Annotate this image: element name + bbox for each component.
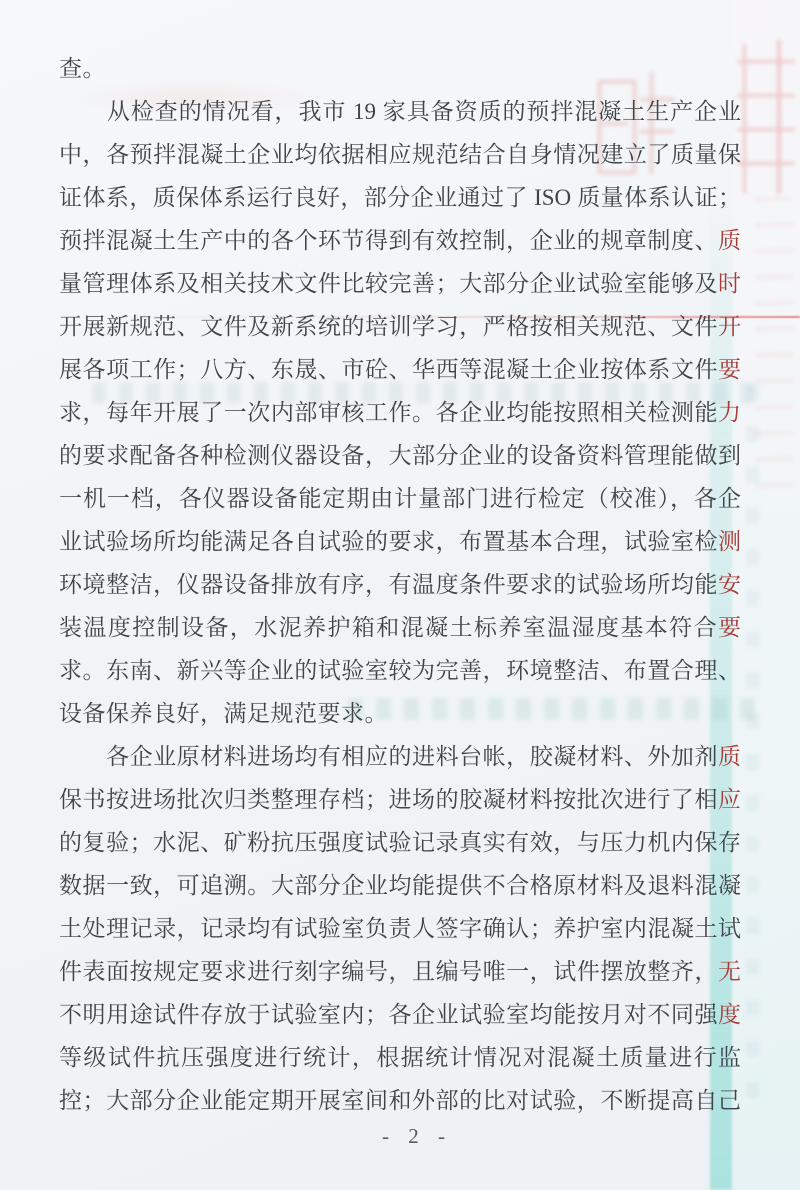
- text-line: 求。东南、新兴等企业的试验室较为完善，环境整洁、布置合理、: [59, 649, 741, 692]
- line-text-red-fringe: 力: [718, 400, 741, 425]
- line-text: 等级试件抗压强度进行统计，根据统计情况对混凝土质量进行监: [59, 1045, 741, 1070]
- line-text: 各企业原材料进场均有相应的进料台帐，胶凝材料、外加剂: [59, 744, 718, 769]
- text-line: 查。: [59, 47, 741, 90]
- line-text: 的复验；水泥、矿粉抗压强度试验记录真实有效，与压力机内保存: [59, 830, 741, 855]
- line-text-red-fringe: 时: [718, 271, 741, 296]
- text-line: 数据一致，可追溯。大部分企业均能提供不合格原材料及退料混凝: [59, 864, 741, 907]
- page-number: - 2 -: [17, 1124, 800, 1149]
- line-text-red-fringe: 测: [718, 529, 741, 554]
- line-text: 开展新规范、文件及新系统的培训学习，严格按相关规范、文件: [59, 314, 718, 339]
- line-text: 预拌混凝土生产中的各个环节得到有效控制，企业的规章制度、: [59, 228, 718, 253]
- line-text: 数据一致，可追溯。大部分企业均能提供不合格原材料及退料混凝: [59, 873, 741, 898]
- text-line: 展各项工作；八方、东晟、市砼、华西等混凝土企业按体系文件要: [59, 348, 741, 391]
- text-line: 证体系，质保体系运行良好，部分企业通过了 ISO 质量体系认证；: [59, 176, 741, 219]
- line-text-red-fringe: 开: [718, 314, 741, 339]
- text-line: 量管理体系及相关技术文件比较完善；大部分企业试验室能够及时: [59, 262, 741, 305]
- text-line: 求，每年开展了一次内部审核工作。各企业均能按照相关检测能力: [59, 391, 741, 434]
- red-stroke-bleed-column: [755, 198, 793, 498]
- text-line: 预拌混凝土生产中的各个环节得到有效控制，企业的规章制度、质: [59, 219, 741, 262]
- line-text-red-fringe: 无: [718, 959, 741, 984]
- line-text: 证体系，质保体系运行良好，部分企业通过了 ISO 质量体系认证；: [59, 185, 741, 210]
- line-text: 求，每年开展了一次内部审核工作。各企业均能按照相关检测能: [59, 400, 718, 425]
- line-text: 中，各预拌混凝土企业均依据相应规范结合自身情况建立了质量保: [59, 142, 741, 167]
- text-line: 土处理记录，记录均有试验室负责人签字确认；养护室内混凝土试: [59, 907, 741, 950]
- line-text: 保书按进场批次归类整理存档；进场的胶凝材料按批次进行了相: [59, 787, 718, 812]
- text-line: 保书按进场批次归类整理存档；进场的胶凝材料按批次进行了相应: [59, 778, 741, 821]
- line-text: 一机一档，各仪器设备能定期由计量部门进行检定（校准），各企: [59, 486, 741, 511]
- line-text-red-fringe: 要: [718, 615, 741, 640]
- line-text-red-fringe: 安: [718, 572, 741, 597]
- line-text: 从检查的情况看，我市 19 家具备资质的预拌混凝土生产企业: [59, 99, 741, 124]
- line-text: 的要求配备各种检测仪器设备，大部分企业的设备资料管理能做到: [59, 443, 741, 468]
- text-line: 环境整洁，仪器设备排放有序，有温度条件要求的试验场所均能安: [59, 563, 741, 606]
- line-text: 求。东南、新兴等企业的试验室较为完善，环境整洁、布置合理、: [59, 658, 741, 683]
- text-line: 业试验场所均能满足各自试验的要求，布置基本合理，试验室检测: [59, 520, 741, 563]
- line-text-red-fringe: 质: [718, 228, 741, 253]
- text-line: 的要求配备各种检测仪器设备，大部分企业的设备资料管理能做到: [59, 434, 741, 477]
- text-line: 不明用途试件存放于试验室内；各企业试验室均能按月对不同强度: [59, 993, 741, 1036]
- text-line: 的复验；水泥、矿粉抗压强度试验记录真实有效，与压力机内保存: [59, 821, 741, 864]
- text-line: 中，各预拌混凝土企业均依据相应规范结合自身情况建立了质量保: [59, 133, 741, 176]
- line-text: 量管理体系及相关技术文件比较完善；大部分企业试验室能够及: [59, 271, 718, 296]
- text-line: 开展新规范、文件及新系统的培训学习，严格按相关规范、文件开: [59, 305, 741, 348]
- line-text: 土处理记录，记录均有试验室负责人签字确认；养护室内混凝土试: [59, 916, 741, 941]
- line-text-red-fringe: 度: [718, 1002, 741, 1027]
- text-line: 件表面按规定要求进行刻字编号，且编号唯一，试件摆放整齐，无: [59, 950, 741, 993]
- text-line: 各企业原材料进场均有相应的进料台帐，胶凝材料、外加剂质: [59, 735, 741, 778]
- line-text: 设备保养良好，满足规范要求。: [59, 701, 388, 726]
- reverse-side-text-bleed-edge: [746, 385, 759, 1110]
- scanned-document-page: 查。 从检查的情况看，我市 19 家具备资质的预拌混凝土生产企业中，各预拌混凝土…: [0, 0, 800, 1190]
- text-line: 等级试件抗压强度进行统计，根据统计情况对混凝土质量进行监: [59, 1036, 741, 1079]
- line-text-red-fringe: 应: [718, 787, 741, 812]
- line-text: 控；大部分企业能定期开展室间和外部的比对试验，不断提高自己: [59, 1088, 741, 1113]
- line-text-red-fringe: 质: [718, 744, 741, 769]
- red-stamp-bleed-fragment: [735, 40, 799, 198]
- line-text: 件表面按规定要求进行刻字编号，且编号唯一，试件摆放整齐，: [59, 959, 718, 984]
- text-line: 装温度控制设备，水泥养护箱和混凝土标养室温湿度基本符合要: [59, 606, 741, 649]
- line-text-red-fringe: 要: [718, 357, 741, 382]
- line-text: 查。: [59, 56, 106, 81]
- line-text: 展各项工作；八方、东晟、市砼、华西等混凝土企业按体系文件: [59, 357, 718, 382]
- line-text: 业试验场所均能满足各自试验的要求，布置基本合理，试验室检: [59, 529, 718, 554]
- text-line: 从检查的情况看，我市 19 家具备资质的预拌混凝土生产企业: [59, 90, 741, 133]
- text-line: 控；大部分企业能定期开展室间和外部的比对试验，不断提高自己: [59, 1079, 741, 1122]
- text-line: 设备保养良好，满足规范要求。: [59, 692, 741, 735]
- line-text: 环境整洁，仪器设备排放有序，有温度条件要求的试验场所均能: [59, 572, 718, 597]
- text-line: 一机一档，各仪器设备能定期由计量部门进行检定（校准），各企: [59, 477, 741, 520]
- line-text: 装温度控制设备，水泥养护箱和混凝土标养室温湿度基本符合: [59, 615, 718, 640]
- line-text: 不明用途试件存放于试验室内；各企业试验室均能按月对不同强: [59, 1002, 718, 1027]
- body-text: 查。 从检查的情况看，我市 19 家具备资质的预拌混凝土生产企业中，各预拌混凝土…: [59, 47, 741, 1122]
